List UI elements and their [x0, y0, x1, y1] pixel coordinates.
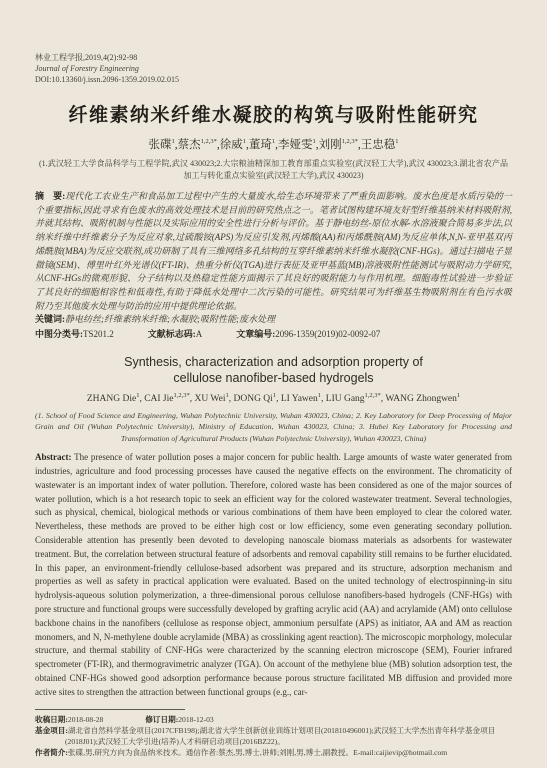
clc-number: 中图分类号:TS201.2 — [35, 328, 114, 342]
funding-text: 湖北省自然科学基金项目(2017CFB198);湖北省大学生创新创业训练计划项目… — [65, 726, 495, 746]
author-name: ZHANG Die — [87, 394, 136, 404]
author-name: 刘刚 — [319, 139, 342, 151]
author-name: 董琦 — [249, 139, 272, 151]
authors-chinese: 张碟1,蔡杰1,2,3*,徐威1,董琦1,李娅雯1,刘刚1,2,3*,王忠稳1 — [35, 136, 512, 152]
document-code: 文献标志码:A — [148, 328, 203, 342]
author-name: 蔡杰 — [178, 139, 201, 151]
author-bio-label: 作者简介: — [35, 748, 68, 757]
author-superscript: 1,2,3* — [365, 392, 381, 399]
author-name: WANG Zhongwen — [385, 394, 457, 404]
author-bio-text: 张碟,男,研究方向为食品纳米技术。通信作者:蔡杰,男,博士,讲师;刘刚,男,博士… — [68, 748, 447, 757]
author-name: 徐威 — [220, 139, 243, 151]
clc-label: 中图分类号: — [35, 329, 83, 339]
keywords-text: 静电纺丝;纤维素纳米纤维;水凝胶;吸附性能;废水处理 — [65, 314, 275, 324]
author-name: DONG Qi — [233, 394, 272, 404]
author-superscript: 1,2,3* — [342, 138, 358, 145]
funding-line: 基金项目:湖北省自然科学基金项目(2017CFB198);湖北省大学生创新创业训… — [35, 725, 512, 747]
affiliation-english: (1. School of Food Science and Engineeri… — [35, 410, 512, 445]
author-en: LI Yawen1, — [281, 394, 326, 404]
keywords-label: 关键词: — [35, 314, 65, 324]
doc-code-value: A — [196, 329, 203, 339]
article-id-label: 文章编号: — [236, 329, 275, 339]
author-name: 李娅雯 — [278, 139, 313, 151]
abstract-chinese: 摘 要:现代化工农业生产和食品加工过程中产生的大量废水,给生态环境带来了严重负面… — [35, 190, 512, 313]
received-date: 收稿日期:2018-08-28 — [35, 715, 103, 724]
revised-date: 修订日期:2018-12-03 — [145, 715, 213, 724]
journal-name-english: Journal of Forestry Engineering — [35, 63, 512, 74]
funding-label: 基金项目: — [35, 726, 68, 735]
author-superscript: 1,2,3* — [173, 392, 189, 399]
doi-line: DOI:10.13360/j.issn.2096-1359.2019.02.01… — [35, 74, 512, 85]
clc-value: TS201.2 — [83, 329, 114, 339]
article-id-value: 2096-1359(2019)02-0092-07 — [275, 329, 380, 339]
abstract-text-chinese: 现代化工农业生产和食品加工过程中产生的大量废水,给生态环境带来了严重负面影响。废… — [35, 191, 512, 311]
article-title-chinese: 纤维素纳米纤维水凝胶的构筑与吸附性能研究 — [35, 100, 512, 127]
author-superscript: 1 — [457, 392, 460, 399]
revised-label: 修订日期: — [145, 715, 178, 724]
author-name: LI Yawen — [281, 394, 318, 404]
author-cn: 蔡杰1,2,3*, — [178, 139, 220, 151]
author-en: ZHANG Die1, — [87, 394, 144, 404]
author-cn: 李娅雯1, — [278, 139, 319, 151]
article-title-english: Synthesis, characterization and adsorpti… — [35, 354, 512, 387]
abstract-label-chinese: 摘 要: — [35, 191, 65, 201]
author-name: XU Wei — [194, 394, 225, 404]
received-value: 2018-08-28 — [68, 715, 103, 724]
keywords-chinese: 关键词:静电纺丝;纤维素纳米纤维;水凝胶;吸附性能;废水处理 — [35, 313, 512, 327]
author-en: DONG Qi1, — [233, 394, 280, 404]
author-superscript: 1,2,3* — [201, 138, 217, 145]
revised-value: 2018-12-03 — [178, 715, 213, 724]
footnote-block: 收稿日期:2018-08-28修订日期:2018-12-03 基金项目:湖北省自… — [35, 714, 512, 759]
authors-english: ZHANG Die1, CAI Jie1,2,3*, XU Wei1, DONG… — [35, 394, 512, 404]
abstract-english: Abstract: The presence of water pollutio… — [35, 451, 512, 699]
journal-citation: 林业工程学报,2019,4(2):92-98 — [35, 52, 512, 63]
author-cn: 徐威1, — [220, 139, 249, 151]
author-name: LIU Gang — [326, 394, 365, 404]
author-cn: 刘刚1,2,3*, — [319, 139, 361, 151]
author-name: 王忠稳 — [361, 139, 396, 151]
author-name: 张碟 — [149, 139, 172, 151]
article-id: 文章编号:2096-1359(2019)02-0092-07 — [236, 328, 380, 342]
author-cn: 董琦1, — [249, 139, 278, 151]
classification-line: 中图分类号:TS201.2文献标志码:A文章编号:2096-1359(2019)… — [35, 328, 512, 342]
author-bio-line: 作者简介:张碟,男,研究方向为食品纳米技术。通信作者:蔡杰,男,博士,讲师;刘刚… — [35, 747, 512, 758]
author-superscript: 1 — [395, 138, 398, 145]
author-cn: 张碟1, — [149, 139, 178, 151]
author-en: XU Wei1, — [194, 394, 233, 404]
title-english-line2: cellulose nanofiber-based hydrogels — [35, 370, 512, 387]
title-english-line1: Synthesis, characterization and adsorpti… — [35, 354, 512, 371]
author-cn: 王忠稳1 — [361, 139, 399, 151]
author-en: WANG Zhongwen1 — [385, 394, 460, 404]
journal-header: 林业工程学报,2019,4(2):92-98 Journal of Forest… — [35, 52, 512, 85]
footnote-divider — [35, 709, 185, 710]
author-en: CAI Jie1,2,3*, — [144, 394, 194, 404]
author-en: LIU Gang1,2,3*, — [326, 394, 386, 404]
affiliation-chinese: (1.武汉轻工大学食品科学与工程学院,武汉 430023;2.大宗粮油精深加工教… — [35, 158, 512, 181]
abstract-label-english: Abstract: — [35, 452, 72, 462]
dates-line: 收稿日期:2018-08-28修订日期:2018-12-03 — [35, 714, 512, 725]
received-label: 收稿日期: — [35, 715, 68, 724]
doc-code-label: 文献标志码: — [148, 329, 196, 339]
author-name: CAI Jie — [144, 394, 173, 404]
abstract-text-english: The presence of water pollution poses a … — [35, 452, 512, 697]
paper-page: 林业工程学报,2019,4(2):92-98 Journal of Forest… — [0, 0, 547, 768]
